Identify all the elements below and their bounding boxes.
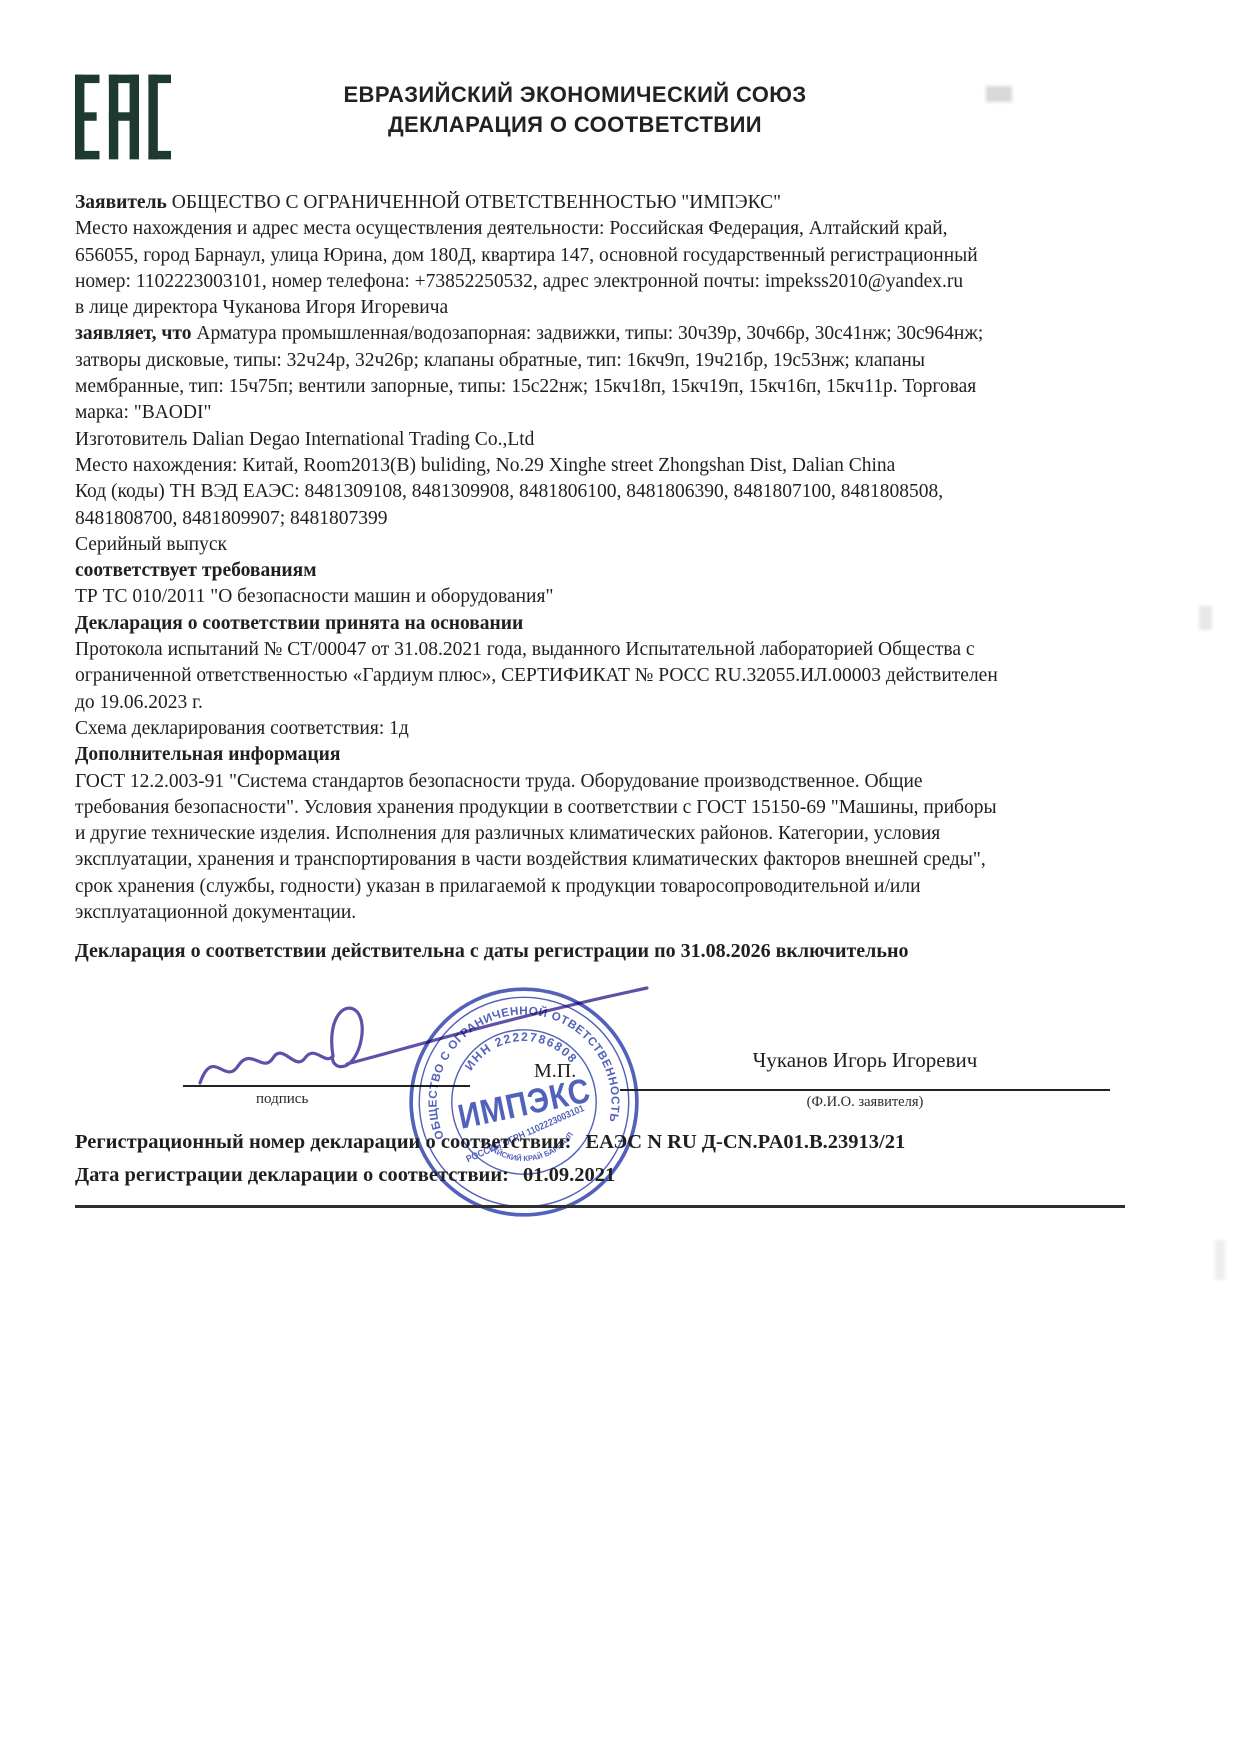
- registration-number-value: ЕАЭС N RU Д-CN.PA01.B.23913/21: [571, 1131, 905, 1153]
- body-paragraph: Изготовитель Dalian Degao International …: [75, 427, 1010, 453]
- scan-artifact: [986, 86, 1012, 102]
- paragraph-text: Место нахождения и адрес места осуществл…: [75, 218, 978, 292]
- paragraph-text: Арматура промышленная/водозапорная: задв…: [75, 323, 983, 423]
- podpis-label: подпись: [256, 1091, 308, 1108]
- validity-statement: Декларация о соответствии действительна …: [75, 938, 1035, 965]
- paragraph-lead: Декларация о соответствии принята на осн…: [75, 613, 523, 634]
- paragraph-text: в лице директора Чуканова Игоря Игоревич…: [75, 297, 448, 318]
- applicant-name: Чуканов Игорь Игоревич: [620, 1048, 1110, 1073]
- registration-date-value: 01.09.2021: [509, 1164, 615, 1186]
- paragraph-text: ТР ТС 010/2011 "О безопасности машин и о…: [75, 586, 553, 607]
- body-paragraph: в лице директора Чуканова Игоря Игоревич…: [75, 295, 1010, 321]
- bottom-rule: [75, 1205, 1125, 1208]
- paragraph-text: Код (коды) ТН ВЭД ЕАЭС: 8481309108, 8481…: [75, 481, 943, 528]
- union-title: ЕВРАЗИЙСКИЙ ЭКОНОМИЧЕСКИЙ СОЮЗ: [160, 80, 990, 110]
- registration-date-line: Дата регистрации декларации о соответств…: [75, 1159, 1135, 1192]
- declaration-document: ЕВРАЗИЙСКИЙ ЭКОНОМИЧЕСКИЙ СОЮЗ ДЕКЛАРАЦИ…: [0, 0, 1240, 1754]
- body-paragraph: Код (коды) ТН ВЭД ЕАЭС: 8481309108, 8481…: [75, 479, 1010, 532]
- paragraph-text: Серийный выпуск: [75, 534, 227, 555]
- body-paragraph: заявляет, что Арматура промышленная/водо…: [75, 321, 1010, 426]
- body-paragraph: соответствует требованиям: [75, 558, 1010, 584]
- paragraph-text: Место нахождения: Китай, Room2013(B) bul…: [75, 455, 895, 476]
- declaration-body: Заявитель ОБЩЕСТВО С ОГРАНИЧЕННОЙ ОТВЕТС…: [75, 190, 1010, 938]
- scan-artifact: [1199, 606, 1212, 630]
- body-paragraph: Схема декларирования соответствия: 1д: [75, 716, 1010, 742]
- applicant-name-line: [620, 1089, 1110, 1091]
- body-paragraph: Серийный выпуск: [75, 532, 1010, 558]
- paragraph-lead: соответствует требованиям: [75, 560, 317, 581]
- paragraph-lead: Дополнительная информация: [75, 744, 340, 765]
- scan-artifact: [1215, 1240, 1225, 1280]
- body-paragraph: Место нахождения: Китай, Room2013(B) bul…: [75, 453, 1010, 479]
- body-paragraph: Протокола испытаний № СТ/00047 от 31.08.…: [75, 637, 1010, 716]
- paragraph-lead: Заявитель: [75, 192, 167, 213]
- paragraph-text: Протокола испытаний № СТ/00047 от 31.08.…: [75, 639, 998, 713]
- paragraph-text: Изготовитель Dalian Degao International …: [75, 429, 534, 450]
- document-header: ЕВРАЗИЙСКИЙ ЭКОНОМИЧЕСКИЙ СОЮЗ ДЕКЛАРАЦИ…: [160, 80, 990, 140]
- body-paragraph: Декларация о соответствии принята на осн…: [75, 611, 1010, 637]
- body-paragraph: Место нахождения и адрес места осуществл…: [75, 216, 1010, 295]
- registration-date-label: Дата регистрации декларации о соответств…: [75, 1164, 509, 1186]
- company-stamp: ОБЩЕСТВО С ОГРАНИЧЕННОЙ ОТВЕТСТВЕННОСТЬЮ…: [394, 972, 654, 1232]
- body-paragraph: ГОСТ 12.2.003-91 "Система стандартов без…: [75, 769, 1010, 927]
- paragraph-lead: заявляет, что: [75, 323, 192, 344]
- mp-label: М.П.: [534, 1060, 576, 1083]
- document-title: ДЕКЛАРАЦИЯ О СООТВЕТСТВИИ: [160, 110, 990, 140]
- registration-number-label: Регистрационный номер декларации о соотв…: [75, 1131, 571, 1153]
- paragraph-text: ГОСТ 12.2.003-91 "Система стандартов без…: [75, 771, 997, 923]
- body-paragraph: ТР ТС 010/2011 "О безопасности машин и о…: [75, 584, 1010, 610]
- fio-label: (Ф.И.О. заявителя): [620, 1094, 1110, 1111]
- body-paragraph: Дополнительная информация: [75, 742, 1010, 768]
- paragraph-text: Схема декларирования соответствия: 1д: [75, 718, 409, 739]
- body-paragraph: Заявитель ОБЩЕСТВО С ОГРАНИЧЕННОЙ ОТВЕТС…: [75, 190, 1010, 216]
- paragraph-text: ОБЩЕСТВО С ОГРАНИЧЕННОЙ ОТВЕТСТВЕННОСТЬЮ…: [167, 192, 781, 213]
- registration-number-line: Регистрационный номер декларации о соотв…: [75, 1126, 1135, 1159]
- registration-block: Регистрационный номер декларации о соотв…: [75, 1126, 1135, 1192]
- eac-logo: [75, 72, 171, 162]
